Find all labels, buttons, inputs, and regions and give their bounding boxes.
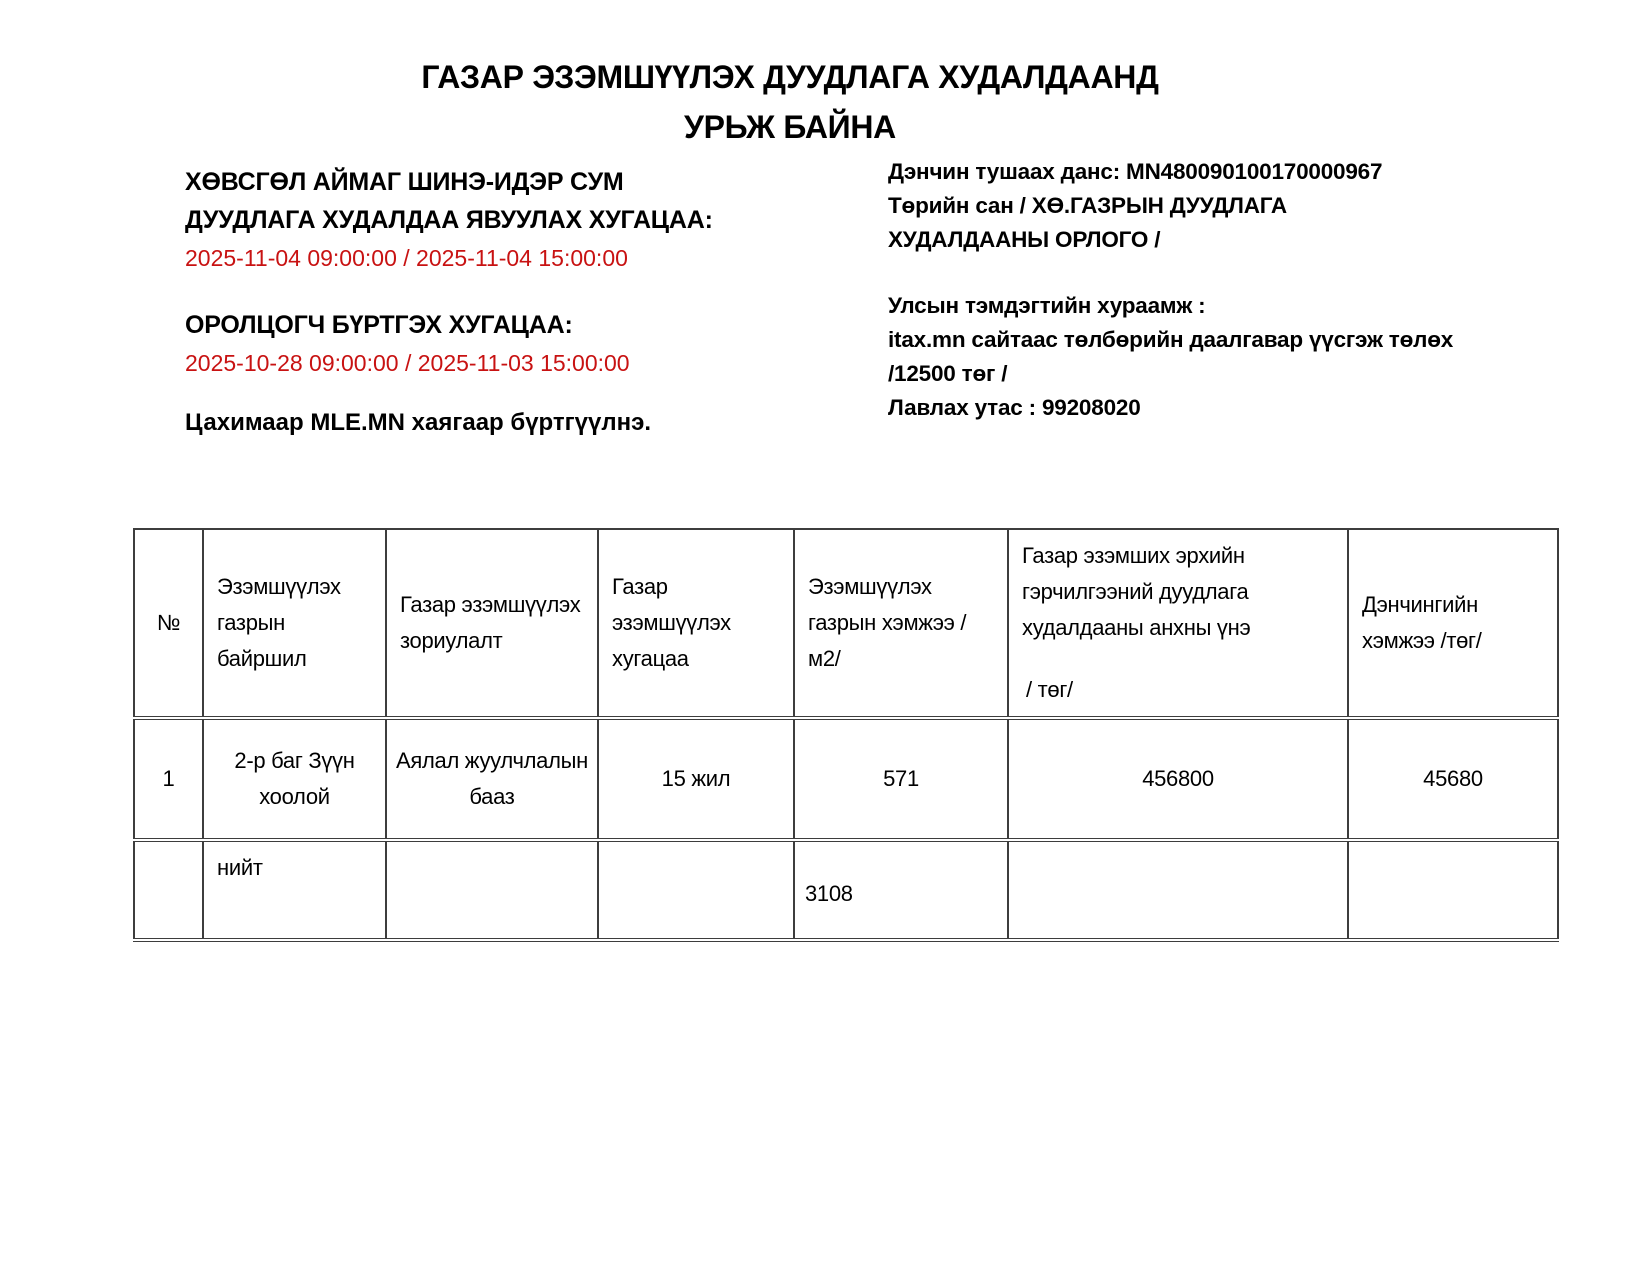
stamp-duty-line-1: itax.mn сайтаас төлбөрийн даалгавар үүсг… — [888, 323, 1548, 357]
document-title: ГАЗАР ЭЗЭМШҮҮЛЭХ ДУУДЛАГА ХУДАЛДААНД УРЬ… — [0, 52, 1580, 152]
header-duration: Газар эзэмшүүлэх хугацаа — [598, 529, 794, 718]
registration-period-dates: 2025-10-28 09:00:00 / 2025-11-03 15:00:0… — [185, 347, 845, 379]
header-no: № — [134, 529, 203, 718]
spacer — [185, 379, 845, 407]
deposit-account-line: Дэнчин тушаах данс: MN480090100170000967 — [888, 155, 1548, 189]
table-header-row: № Эзэмшүүлэх газрын байршил Газар эзэмшү… — [134, 529, 1558, 718]
announcement-page: ГАЗАР ЭЗЭМШҮҮЛЭХ ДУУДЛАГА ХУДАЛДААНД УРЬ… — [0, 0, 1650, 1275]
header-purpose: Газар эзэмшүүлэх зориулалт — [386, 529, 598, 718]
treasury-line-2: ХУДАЛДААНЫ ОРЛОГО / — [888, 223, 1548, 257]
spacer — [888, 257, 1548, 289]
aimag-sum-line: ХӨВСГӨЛ АЙМАГ ШИНЭ-ИДЭР СУМ — [185, 163, 845, 201]
cell-area: 571 — [794, 718, 1008, 840]
auction-period-dates: 2025-11-04 09:00:00 / 2025-11-04 15:00:0… — [185, 242, 845, 274]
total-area-value: 3108 — [794, 840, 1008, 940]
stamp-duty-amount: /12500 төг / — [888, 357, 1548, 391]
contact-phone: Лавлах утас : 99208020 — [888, 391, 1548, 425]
header-area: Эзэмшүүлэх газрын хэмжээ /м2/ — [794, 529, 1008, 718]
cell-location: 2-р баг Зүүн хоолой — [203, 718, 386, 840]
total-label: нийт — [203, 840, 386, 940]
header-start-price-unit: / төг/ — [1022, 672, 1334, 708]
total-cell-no — [134, 840, 203, 940]
payment-block: Дэнчин тушаах данс: MN480090100170000967… — [888, 155, 1548, 425]
total-row: нийт 3108 — [134, 840, 1558, 940]
total-cell-deposit — [1348, 840, 1558, 940]
cell-no: 1 — [134, 718, 203, 840]
lot-row: 1 2-р баг Зүүн хоолой Аялал жуулчлалын б… — [134, 718, 1558, 840]
cell-duration: 15 жил — [598, 718, 794, 840]
registration-period-heading: ОРОЛЦОГЧ БҮРТГЭХ ХУГАЦАА: — [185, 306, 845, 344]
title-line-1: ГАЗАР ЭЗЭМШҮҮЛЭХ ДУУДЛАГА ХУДАЛДААНД — [0, 52, 1580, 102]
schedule-block: ХӨВСГӨЛ АЙМАГ ШИНЭ-ИДЭР СУМ ДУУДЛАГА ХУД… — [185, 163, 845, 439]
auction-period-heading: ДУУДЛАГА ХУДАЛДАА ЯВУУЛАХ ХУГАЦАА: — [185, 201, 845, 239]
header-location: Эзэмшүүлэх газрын байршил — [203, 529, 386, 718]
total-cell-purpose — [386, 840, 598, 940]
registration-note: Цахимаар MLE.MN хаягаар бүртгүүлнэ. — [185, 407, 845, 439]
title-line-2: УРЬЖ БАЙНА — [0, 102, 1580, 152]
treasury-line-1: Төрийн сан / ХӨ.ГАЗРЫН ДУУДЛАГА — [888, 189, 1548, 223]
header-start-price-main: Газар эзэмших эрхийн гэрчилгээний дуудла… — [1022, 538, 1334, 646]
cell-purpose: Аялал жуулчлалын бааз — [386, 718, 598, 840]
total-cell-price — [1008, 840, 1348, 940]
cell-deposit: 45680 — [1348, 718, 1558, 840]
header-start-price: Газар эзэмших эрхийн гэрчилгээний дуудла… — [1008, 529, 1348, 718]
auction-lot-table: № Эзэмшүүлэх газрын байршил Газар эзэмшү… — [133, 528, 1559, 942]
spacer — [185, 274, 845, 306]
stamp-duty-heading: Улсын тэмдэгтийн хураамж : — [888, 289, 1548, 323]
total-cell-duration — [598, 840, 794, 940]
cell-start-price: 456800 — [1008, 718, 1348, 840]
header-deposit: Дэнчингийн хэмжээ /төг/ — [1348, 529, 1558, 718]
